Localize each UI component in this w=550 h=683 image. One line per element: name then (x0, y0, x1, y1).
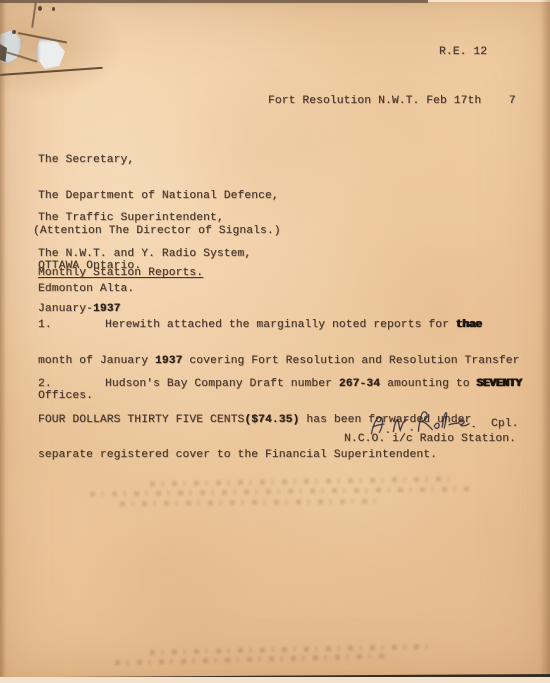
paragraph-number: 1. (38, 320, 105, 332)
signature-rank: Cpl. (491, 419, 519, 431)
bleed-through-smudge (150, 644, 430, 655)
bleed-through-smudge (120, 499, 380, 507)
paper-speck (52, 7, 55, 11)
bleed-through-smudge (115, 653, 385, 665)
recipient-line: The Secretary, (38, 155, 281, 167)
overstruck-word: SEVENTY (477, 378, 522, 390)
page-right-edge (540, 0, 550, 683)
paragraph-number: 2. (38, 379, 105, 391)
paper-crack (0, 67, 103, 76)
signer-title: N.C.O. i/c Radio Station. (344, 434, 516, 446)
paper-crack (31, 2, 37, 28)
subject-title: Monthly Station Reports. (38, 268, 203, 280)
paper-tear-hole (36, 38, 65, 69)
paper-crack (6, 51, 37, 62)
torn-corner-shading (0, 0, 125, 100)
page-bottom-strip (0, 677, 550, 683)
bleed-through-smudge (90, 486, 470, 496)
overstruck-word: thae (456, 319, 482, 331)
page-bottom-edge (55, 674, 550, 680)
recipient-line: The Traffic Superintendent, (38, 213, 251, 225)
page-top-edge (0, 0, 428, 3)
paper-crack (18, 32, 67, 43)
letter-page: R.E. 12 Fort Resolution N.W.T. Feb 17th … (0, 0, 550, 683)
reference-number: R.E. 12 (439, 47, 487, 59)
scanner-edge-notch (0, 44, 7, 62)
paper-speck (38, 6, 42, 11)
paper-tear-patch (0, 30, 23, 65)
page-top-edge-light (428, 0, 550, 2)
page-left-edge (0, 0, 6, 683)
dateline: Fort Resolution N.W.T. Feb 17th 7 (268, 96, 516, 108)
paragraph-line: 1.Herewith attached the marginally noted… (38, 320, 520, 332)
paragraph-line: separate registered cover to the Financi… (38, 450, 522, 462)
paragraph-line: 2.Hudson's Bay Company Draft number 267-… (38, 379, 522, 391)
paper-speck (12, 30, 16, 34)
